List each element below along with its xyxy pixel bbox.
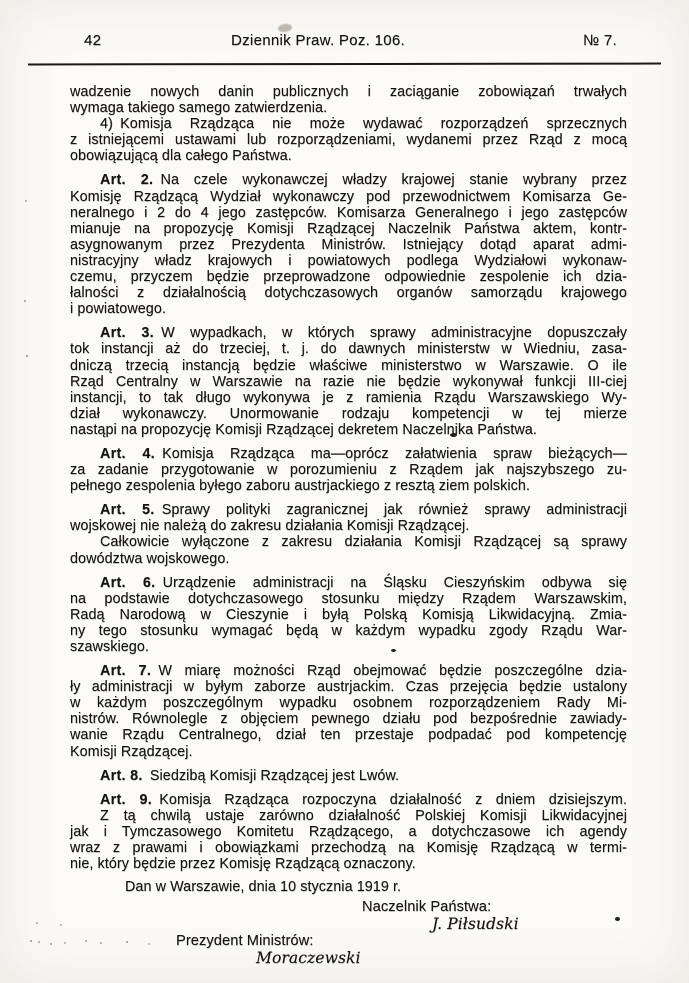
text-line: dniczą trzecią instancją będzie właściwe… bbox=[70, 358, 627, 374]
article-label: Art. 5. bbox=[100, 502, 155, 518]
text-line: łalności z działalnością dotychczasowych… bbox=[70, 285, 627, 301]
ink-speck bbox=[450, 433, 457, 437]
text-line: czemu, przyczem będzie przeprowadzone od… bbox=[70, 269, 627, 285]
text-line: Art. 4. Komisja Rządząca ma—oprócz załat… bbox=[70, 446, 627, 462]
header-rule bbox=[28, 63, 661, 66]
page-number: 42 bbox=[84, 32, 101, 49]
issue-number: № 7. bbox=[583, 32, 617, 49]
text-line: szawskiego. bbox=[70, 639, 627, 655]
text-line: Art. 8. Siedzibą Komisji Rządzącej jest … bbox=[70, 768, 627, 784]
text-line: jak i Tymczasowego Komitetu Rządzącego, … bbox=[70, 824, 627, 840]
article-label: Art. 9. bbox=[100, 792, 152, 808]
paragraph: Art. 2. Na czele wykonawczej władzy kraj… bbox=[70, 172, 627, 317]
paragraph: Art. 9. Komisja Rządząca rozpoczyna dzia… bbox=[70, 792, 627, 808]
body-text: wadzenie nowych danin publicznych i zaci… bbox=[70, 84, 627, 966]
text-line: Art. 3. W wypadkach, w których sprawy ad… bbox=[70, 325, 627, 341]
paragraph: Art. 7. W miarę możności Rząd obejmować … bbox=[70, 663, 627, 760]
signature-name: Moraczewski bbox=[256, 950, 627, 966]
text-line: tok instancji aż do trzeciej, t. j. do d… bbox=[70, 341, 627, 357]
text-line: wanie Rządu Centralnego, dział ten przes… bbox=[70, 727, 627, 743]
text-line: asygnowanym przez Prezydenta Ministrów. … bbox=[70, 237, 627, 253]
text-line: neralnego i 2 do 4 jego zastępców. Komis… bbox=[70, 205, 627, 221]
text-line: mianuje na propozycję Komisji Rządzącej … bbox=[70, 221, 627, 237]
text-line: Rząd Centralny w Warszawie na razie nie … bbox=[70, 374, 627, 390]
text-line: i powiatowego. bbox=[70, 301, 627, 317]
text-line: ny tego stosunku wymagać będą w każdym w… bbox=[70, 623, 627, 639]
journal-title: Dziennik Praw. Poz. 106. bbox=[231, 32, 405, 49]
text-line: 4) Komisja Rządząca nie może wydawać roz… bbox=[70, 116, 627, 132]
text-line: Art. 7. W miarę możności Rząd obejmować … bbox=[70, 663, 627, 679]
text-line: Radą Narodową w Cieszynie i byłą Polską … bbox=[70, 607, 627, 623]
text-line: wymaga takiego samego zatwierdzenia. bbox=[70, 100, 627, 116]
paragraph: Art. 8. Siedzibą Komisji Rządzącej jest … bbox=[70, 768, 627, 784]
scan-noise bbox=[30, 940, 32, 942]
text-line: nastąpi na propozycję Komisji Rządzącej … bbox=[70, 422, 627, 438]
paragraph: Art. 5. Sprawy polityki zagranicznej jak… bbox=[70, 502, 627, 534]
text-line: Art. 9. Komisja Rządząca rozpoczyna dzia… bbox=[70, 792, 627, 808]
paragraph: Całkowicie wyłączone z zakresu działania… bbox=[70, 534, 627, 566]
text-line: na podstawie dotychczasowego stosunku mi… bbox=[70, 591, 627, 607]
article-label: Art. 7. bbox=[100, 663, 151, 679]
text-line: Art. 2. Na czele wykonawczej władzy kraj… bbox=[70, 172, 627, 188]
text-line: wojskowej nie należą do zakresu działani… bbox=[70, 518, 627, 534]
text-line: Art. 5. Sprawy polityki zagranicznej jak… bbox=[70, 502, 627, 518]
text-line: pełnego zespolenia byłego zaboru austrja… bbox=[70, 478, 627, 494]
text-line: Komisję Rządzącą Wydział wykonawczy pod … bbox=[70, 189, 627, 205]
article-label: Art. 6. bbox=[100, 575, 155, 591]
paragraph: wadzenie nowych danin publicznych i zaci… bbox=[70, 84, 627, 116]
paragraph: Z tą chwilą ustaje zarówno działalność P… bbox=[70, 808, 627, 872]
text-line: ły administracji w byłym zaborze austrja… bbox=[70, 679, 627, 695]
article-label: Art. 2. bbox=[100, 172, 153, 188]
ink-speck bbox=[391, 649, 396, 652]
signature-title: Prezydent Ministrów: bbox=[176, 933, 627, 949]
article-label: Art. 3. bbox=[100, 325, 154, 341]
date-line: Dan w Warszawie, dnia 10 stycznia 1919 r… bbox=[70, 879, 627, 895]
text-line: nistracyjny władz krajowych i powiatowyc… bbox=[70, 253, 627, 269]
text-line: w każdym poszczególnym wypadku osobnem r… bbox=[70, 695, 627, 711]
signature-name: J. Piłsudski bbox=[432, 916, 627, 932]
text-line: za zadanie przygotowanie w porozumieniu … bbox=[70, 462, 627, 478]
paragraph: Art. 6. Urządzenie administracji na Śląs… bbox=[70, 575, 627, 655]
text-line: Art. 6. Urządzenie administracji na Śląs… bbox=[70, 575, 627, 591]
text-line: dowództwa wojskowego. bbox=[70, 551, 627, 567]
text-line: nie, który będzie przez Komisję Rządzącą… bbox=[70, 856, 627, 872]
text-line: z istniejącemi ustawami lub rozporządzen… bbox=[70, 132, 627, 148]
ink-speck bbox=[615, 917, 620, 921]
text-line: Komisji Rządzącej. bbox=[70, 744, 627, 760]
article-label: Art. 4. bbox=[100, 446, 155, 462]
paragraph: Art. 3. W wypadkach, w których sprawy ad… bbox=[70, 325, 627, 438]
paragraph: 4) Komisja Rządząca nie może wydawać roz… bbox=[70, 116, 627, 164]
text-line: dział wykonawczy. Unormowanie rodzaju ko… bbox=[70, 406, 627, 422]
signature-title: Naczelnik Państwa: bbox=[362, 899, 627, 915]
article-label: Art. 8. bbox=[100, 768, 143, 784]
text-line: obowiązującą dla całego Państwa. bbox=[70, 148, 627, 164]
document-page: 42 Dziennik Praw. Poz. 106. № 7. wadzeni… bbox=[0, 0, 689, 983]
paragraph: Art. 4. Komisja Rządząca ma—oprócz załat… bbox=[70, 446, 627, 494]
text-line: nistrów. Równolegle z objęciem pewnego d… bbox=[70, 711, 627, 727]
text-line: Całkowicie wyłączone z zakresu działania… bbox=[70, 534, 627, 550]
text-line: Z tą chwilą ustaje zarówno działalność P… bbox=[70, 808, 627, 824]
text-line: wraz z prawami i obowiązkami przechodzą … bbox=[70, 840, 627, 856]
text-line: wadzenie nowych danin publicznych i zaci… bbox=[70, 84, 627, 100]
text-line: instancji, to tak długo wykonywa je z ra… bbox=[70, 390, 627, 406]
